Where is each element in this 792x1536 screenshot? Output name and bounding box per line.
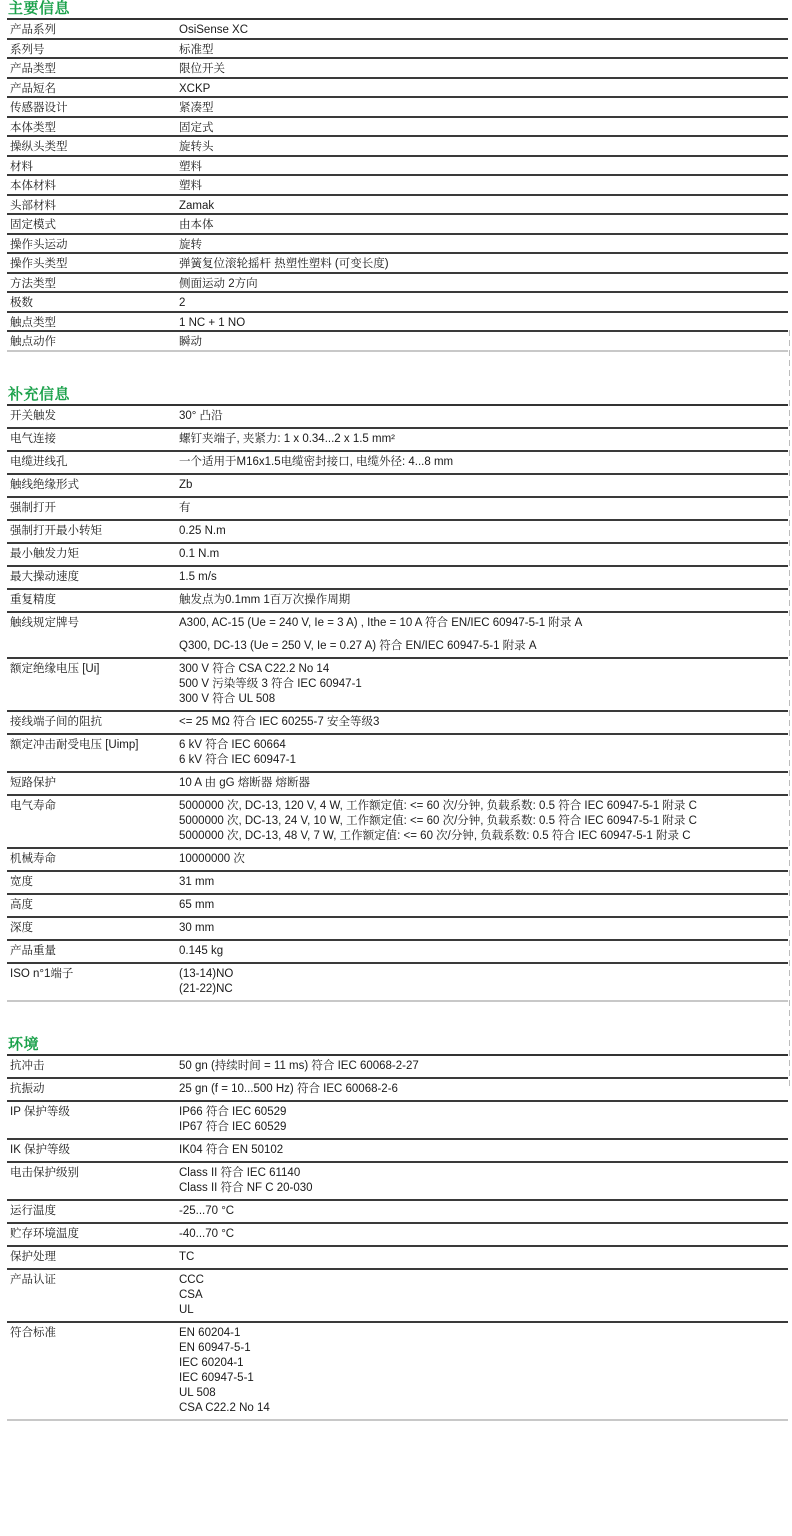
spec-value: OsiSense XC bbox=[179, 20, 788, 38]
spec-row: 短路保护10 A 由 gG 熔断器 熔断器 bbox=[7, 773, 788, 796]
spec-value: 30° 凸沿 bbox=[179, 406, 788, 427]
spec-value: -25...70 °C bbox=[179, 1201, 788, 1222]
spec-value: 瞬动 bbox=[179, 332, 788, 350]
spec-value: Zb bbox=[179, 475, 788, 496]
spec-value: 螺钉夹端子, 夹紧力: 1 x 0.34...2 x 1.5 mm² bbox=[179, 429, 788, 450]
spec-row: 产品类型限位开关 bbox=[7, 59, 788, 79]
spec-value-line: 有 bbox=[179, 501, 788, 516]
spec-value: 塑料 bbox=[179, 157, 788, 175]
spec-label: 本体类型 bbox=[7, 118, 179, 136]
spec-value: 65 mm bbox=[179, 895, 788, 916]
spec-value: IP66 符合 IEC 60529IP67 符合 IEC 60529 bbox=[179, 1102, 788, 1138]
spec-value: 31 mm bbox=[179, 872, 788, 893]
spec-value: 限位开关 bbox=[179, 59, 788, 77]
spec-value-line: EN 60947-5-1 bbox=[179, 1341, 788, 1356]
spec-value-line: 一个适用于M16x1.5电缆密封接口, 电缆外径: 4...8 mm bbox=[179, 455, 788, 470]
spec-value-line: 侧面运动 2方向 bbox=[179, 277, 788, 292]
spec-value-line: 5000000 次, DC-13, 24 V, 10 W, 工作额定值: <= … bbox=[179, 814, 788, 829]
spec-value: 旋转 bbox=[179, 235, 788, 253]
spec-value-line: 固定式 bbox=[179, 121, 788, 136]
spec-row: 操作头运动旋转 bbox=[7, 235, 788, 255]
spec-row: 操作头类型弹簧复位滚轮摇杆 热塑性塑料 (可变长度) bbox=[7, 254, 788, 274]
spec-value: 标准型 bbox=[179, 40, 788, 58]
spec-row: 产品重量0.145 kg bbox=[7, 941, 788, 964]
spec-value-line: 30° 凸沿 bbox=[179, 409, 788, 424]
spec-value-line: CSA bbox=[179, 1288, 788, 1303]
spec-value: -40...70 °C bbox=[179, 1224, 788, 1245]
spec-value-line: 标准型 bbox=[179, 43, 788, 58]
spec-sheet: 主要信息 产品系列OsiSense XC系列号标准型产品类型限位开关产品短名XC… bbox=[0, 0, 788, 1421]
spec-value-line: 旋转头 bbox=[179, 140, 788, 155]
spec-value: A300, AC-15 (Ue = 240 V, Ie = 3 A) , Ith… bbox=[179, 613, 788, 657]
spec-value: 2 bbox=[179, 293, 788, 311]
spec-value: 0.1 N.m bbox=[179, 544, 788, 565]
spec-value-line: 由本体 bbox=[179, 218, 788, 233]
spec-value-line: Q300, DC-13 (Ue = 250 V, Ie = 0.27 A) 符合… bbox=[179, 639, 788, 654]
spec-label: 产品类型 bbox=[7, 59, 179, 77]
spec-row: 最小触发力矩0.1 N.m bbox=[7, 544, 788, 567]
spec-value-line: 10 A 由 gG 熔断器 熔断器 bbox=[179, 776, 788, 791]
spec-label: 强制打开 bbox=[7, 498, 179, 519]
spec-row: 方法类型侧面运动 2方向 bbox=[7, 274, 788, 294]
spec-value-line: CSA C22.2 No 14 bbox=[179, 1401, 788, 1416]
spec-value: 塑料 bbox=[179, 176, 788, 194]
spec-row: 机械寿命10000000 次 bbox=[7, 849, 788, 872]
spec-value: 5000000 次, DC-13, 120 V, 4 W, 工作额定值: <= … bbox=[179, 796, 788, 847]
spec-value-line: 300 V 符合 CSA C22.2 No 14 bbox=[179, 662, 788, 677]
spec-value-line: A300, AC-15 (Ue = 240 V, Ie = 3 A) , Ith… bbox=[179, 616, 788, 631]
spec-row: 最大操动速度1.5 m/s bbox=[7, 567, 788, 590]
spec-value-line: Class II 符合 NF C 20-030 bbox=[179, 1181, 788, 1196]
spec-row: ISO n°1端子(13-14)NO(21-22)NC bbox=[7, 964, 788, 1002]
spec-label: ISO n°1端子 bbox=[7, 964, 179, 1000]
spec-value-line: <= 25 MΩ 符合 IEC 60255-7 安全等级3 bbox=[179, 715, 788, 730]
spec-value-line: 31 mm bbox=[179, 875, 788, 890]
spec-value-line: IP67 符合 IEC 60529 bbox=[179, 1120, 788, 1135]
spec-label: 抗振动 bbox=[7, 1079, 179, 1100]
spec-label: 符合标准 bbox=[7, 1323, 179, 1419]
spec-value-line: (21-22)NC bbox=[179, 982, 788, 997]
spec-value-line: IP66 符合 IEC 60529 bbox=[179, 1105, 788, 1120]
spec-row: 极数2 bbox=[7, 293, 788, 313]
spec-value: 固定式 bbox=[179, 118, 788, 136]
spec-row: 抗冲击50 gn (持续时间 = 11 ms) 符合 IEC 60068-2-2… bbox=[7, 1056, 788, 1079]
spec-label: 短路保护 bbox=[7, 773, 179, 794]
spec-value-line: 塑料 bbox=[179, 179, 788, 194]
spec-label: 最大操动速度 bbox=[7, 567, 179, 588]
spec-value: 紧凑型 bbox=[179, 98, 788, 116]
spec-value-line: Class II 符合 IEC 61140 bbox=[179, 1166, 788, 1181]
spec-value-line: -40...70 °C bbox=[179, 1227, 788, 1242]
spec-value: 触发点为0.1mm 1百万次操作周期 bbox=[179, 590, 788, 611]
spec-row: 系列号标准型 bbox=[7, 40, 788, 60]
spec-value-line: UL 508 bbox=[179, 1386, 788, 1401]
spec-row: 电缆进线孔一个适用于M16x1.5电缆密封接口, 电缆外径: 4...8 mm bbox=[7, 452, 788, 475]
spec-table: 抗冲击50 gn (持续时间 = 11 ms) 符合 IEC 60068-2-2… bbox=[7, 1056, 788, 1421]
spec-row: 符合标准EN 60204-1EN 60947-5-1IEC 60204-1IEC… bbox=[7, 1323, 788, 1421]
spec-label: 产品认证 bbox=[7, 1270, 179, 1321]
spec-label: 额定绝缘电压 [Ui] bbox=[7, 659, 179, 710]
spec-value: (13-14)NO(21-22)NC bbox=[179, 964, 788, 1000]
spec-row: 重复精度触发点为0.1mm 1百万次操作周期 bbox=[7, 590, 788, 613]
spec-row: 贮存环境温度-40...70 °C bbox=[7, 1224, 788, 1247]
section-title: 补充信息 bbox=[7, 386, 788, 406]
spec-row: 本体材料塑料 bbox=[7, 176, 788, 196]
spec-row: IP 保护等级IP66 符合 IEC 60529IP67 符合 IEC 6052… bbox=[7, 1102, 788, 1140]
spec-value: TC bbox=[179, 1247, 788, 1268]
spec-label: 运行温度 bbox=[7, 1201, 179, 1222]
spec-row: 头部材料Zamak bbox=[7, 196, 788, 216]
spec-value: 一个适用于M16x1.5电缆密封接口, 电缆外径: 4...8 mm bbox=[179, 452, 788, 473]
spec-value-line: TC bbox=[179, 1250, 788, 1265]
spec-value-line: 紧凑型 bbox=[179, 101, 788, 116]
spec-label: 产品系列 bbox=[7, 20, 179, 38]
spec-label: 高度 bbox=[7, 895, 179, 916]
spec-value-line: EN 60204-1 bbox=[179, 1326, 788, 1341]
spec-value: 由本体 bbox=[179, 215, 788, 233]
spec-row: 开关触发30° 凸沿 bbox=[7, 406, 788, 429]
page-edge-divider bbox=[789, 330, 790, 1090]
spec-label: 深度 bbox=[7, 918, 179, 939]
spec-label: 操作头运动 bbox=[7, 235, 179, 253]
spec-value-line: OsiSense XC bbox=[179, 23, 788, 38]
spec-value-line: 6 kV 符合 IEC 60664 bbox=[179, 738, 788, 753]
spec-value-line: 2 bbox=[179, 296, 788, 311]
spec-value-line: 5000000 次, DC-13, 48 V, 7 W, 工作额定值: <= 6… bbox=[179, 829, 788, 844]
spec-row: 高度65 mm bbox=[7, 895, 788, 918]
spec-label: 系列号 bbox=[7, 40, 179, 58]
spec-row: 触点类型1 NC + 1 NO bbox=[7, 313, 788, 333]
spec-label: 最小触发力矩 bbox=[7, 544, 179, 565]
section-main-info: 主要信息 产品系列OsiSense XC系列号标准型产品类型限位开关产品短名XC… bbox=[7, 0, 788, 352]
section-additional-info: 补充信息 开关触发30° 凸沿电气连接螺钉夹端子, 夹紧力: 1 x 0.34.… bbox=[7, 386, 788, 1002]
spec-value-line: XCKP bbox=[179, 82, 788, 97]
spec-label: 操纵头类型 bbox=[7, 137, 179, 155]
spec-value-line: 300 V 符合 UL 508 bbox=[179, 692, 788, 707]
spec-table: 产品系列OsiSense XC系列号标准型产品类型限位开关产品短名XCKP传感器… bbox=[7, 20, 788, 352]
spec-value-line: IEC 60947-5-1 bbox=[179, 1371, 788, 1386]
spec-value-line: Zamak bbox=[179, 199, 788, 214]
spec-value: 弹簧复位滚轮摇杆 热塑性塑料 (可变长度) bbox=[179, 254, 788, 272]
spec-label: 触点动作 bbox=[7, 332, 179, 350]
spec-label: 强制打开最小转矩 bbox=[7, 521, 179, 542]
spec-row: 产品短名XCKP bbox=[7, 79, 788, 99]
spec-value: XCKP bbox=[179, 79, 788, 97]
spec-value-line: 0.25 N.m bbox=[179, 524, 788, 539]
spec-value-line: 弹簧复位滚轮摇杆 热塑性塑料 (可变长度) bbox=[179, 257, 788, 272]
section-environment: 环境 抗冲击50 gn (持续时间 = 11 ms) 符合 IEC 60068-… bbox=[7, 1036, 788, 1421]
spec-label: 机械寿命 bbox=[7, 849, 179, 870]
spec-label: 电气连接 bbox=[7, 429, 179, 450]
spec-row: 额定冲击耐受电压 [Uimp]6 kV 符合 IEC 606646 kV 符合 … bbox=[7, 735, 788, 773]
spec-label: 操作头类型 bbox=[7, 254, 179, 272]
spec-row: 电气寿命5000000 次, DC-13, 120 V, 4 W, 工作额定值:… bbox=[7, 796, 788, 849]
spec-row: 产品认证CCCCSAUL bbox=[7, 1270, 788, 1323]
spec-row: 触线规定牌号A300, AC-15 (Ue = 240 V, Ie = 3 A)… bbox=[7, 613, 788, 659]
section-title: 主要信息 bbox=[7, 0, 788, 20]
spec-value-line: 500 V 污染等级 3 符合 IEC 60947-1 bbox=[179, 677, 788, 692]
spec-row: 强制打开最小转矩0.25 N.m bbox=[7, 521, 788, 544]
spec-value: Class II 符合 IEC 61140Class II 符合 NF C 20… bbox=[179, 1163, 788, 1199]
spec-value-line: 6 kV 符合 IEC 60947-1 bbox=[179, 753, 788, 768]
spec-value-line: 5000000 次, DC-13, 120 V, 4 W, 工作额定值: <= … bbox=[179, 799, 788, 814]
spec-label: 贮存环境温度 bbox=[7, 1224, 179, 1245]
spec-row: 抗振动25 gn (f = 10...500 Hz) 符合 IEC 60068-… bbox=[7, 1079, 788, 1102]
spec-row: 材料塑料 bbox=[7, 157, 788, 177]
spec-row: 触点动作瞬动 bbox=[7, 332, 788, 352]
spec-label: 本体材料 bbox=[7, 176, 179, 194]
spec-value: 25 gn (f = 10...500 Hz) 符合 IEC 60068-2-6 bbox=[179, 1079, 788, 1100]
spec-row: IK 保护等级IK04 符合 EN 50102 bbox=[7, 1140, 788, 1163]
spec-value-line: CCC bbox=[179, 1273, 788, 1288]
spec-value-line: 塑料 bbox=[179, 160, 788, 175]
section-title: 环境 bbox=[7, 1036, 788, 1056]
spec-row: 额定绝缘电压 [Ui]300 V 符合 CSA C22.2 No 14500 V… bbox=[7, 659, 788, 712]
spec-value-line: 10000000 次 bbox=[179, 852, 788, 867]
spec-row: 产品系列OsiSense XC bbox=[7, 20, 788, 40]
spec-value: 50 gn (持续时间 = 11 ms) 符合 IEC 60068-2-27 bbox=[179, 1056, 788, 1077]
spec-value-line: 螺钉夹端子, 夹紧力: 1 x 0.34...2 x 1.5 mm² bbox=[179, 432, 788, 447]
spec-value-line: 30 mm bbox=[179, 921, 788, 936]
spec-label: 传感器设计 bbox=[7, 98, 179, 116]
spec-row: 本体类型固定式 bbox=[7, 118, 788, 138]
spec-value-line: Zb bbox=[179, 478, 788, 493]
spec-label: 极数 bbox=[7, 293, 179, 311]
spec-value: 0.145 kg bbox=[179, 941, 788, 962]
spec-value: 0.25 N.m bbox=[179, 521, 788, 542]
spec-row: 强制打开有 bbox=[7, 498, 788, 521]
spec-label: 抗冲击 bbox=[7, 1056, 179, 1077]
spec-row: 固定模式由本体 bbox=[7, 215, 788, 235]
spec-value: Zamak bbox=[179, 196, 788, 214]
spec-label: 产品短名 bbox=[7, 79, 179, 97]
spec-row: 运行温度-25...70 °C bbox=[7, 1201, 788, 1224]
spec-label: 材料 bbox=[7, 157, 179, 175]
spec-label: 电缆进线孔 bbox=[7, 452, 179, 473]
spec-row: 电气连接螺钉夹端子, 夹紧力: 1 x 0.34...2 x 1.5 mm² bbox=[7, 429, 788, 452]
spec-label: IK 保护等级 bbox=[7, 1140, 179, 1161]
spec-value-line: 25 gn (f = 10...500 Hz) 符合 IEC 60068-2-6 bbox=[179, 1082, 788, 1097]
spec-label: 触线绝缘形式 bbox=[7, 475, 179, 496]
spec-row: 操纵头类型旋转头 bbox=[7, 137, 788, 157]
spec-label: 电击保护级别 bbox=[7, 1163, 179, 1199]
spec-row: 保护处理TC bbox=[7, 1247, 788, 1270]
spec-row: 传感器设计紧凑型 bbox=[7, 98, 788, 118]
spec-label: 产品重量 bbox=[7, 941, 179, 962]
spec-value-line: IK04 符合 EN 50102 bbox=[179, 1143, 788, 1158]
spec-value: 30 mm bbox=[179, 918, 788, 939]
spec-value-line: 0.1 N.m bbox=[179, 547, 788, 562]
spec-value: 6 kV 符合 IEC 606646 kV 符合 IEC 60947-1 bbox=[179, 735, 788, 771]
spec-value: 10000000 次 bbox=[179, 849, 788, 870]
spec-value-line: 旋转 bbox=[179, 238, 788, 253]
spec-value-line: 65 mm bbox=[179, 898, 788, 913]
spec-value-line: 触发点为0.1mm 1百万次操作周期 bbox=[179, 593, 788, 608]
spec-value: 旋转头 bbox=[179, 137, 788, 155]
spec-value-line: 50 gn (持续时间 = 11 ms) 符合 IEC 60068-2-27 bbox=[179, 1059, 788, 1074]
spec-value-line: IEC 60204-1 bbox=[179, 1356, 788, 1371]
spec-label: 保护处理 bbox=[7, 1247, 179, 1268]
spec-label: 接线端子间的阻抗 bbox=[7, 712, 179, 733]
spec-value-line: UL bbox=[179, 1303, 788, 1318]
spec-row: 接线端子间的阻抗<= 25 MΩ 符合 IEC 60255-7 安全等级3 bbox=[7, 712, 788, 735]
spec-value-line: 瞬动 bbox=[179, 335, 788, 350]
spec-row: 宽度31 mm bbox=[7, 872, 788, 895]
spec-label: 固定模式 bbox=[7, 215, 179, 233]
spec-value-line: (13-14)NO bbox=[179, 967, 788, 982]
spec-value: EN 60204-1EN 60947-5-1IEC 60204-1IEC 609… bbox=[179, 1323, 788, 1419]
spec-label: 触线规定牌号 bbox=[7, 613, 179, 657]
spec-label: 方法类型 bbox=[7, 274, 179, 292]
spec-value: 1.5 m/s bbox=[179, 567, 788, 588]
spec-value-line: 限位开关 bbox=[179, 62, 788, 77]
spec-value: CCCCSAUL bbox=[179, 1270, 788, 1321]
spec-label: 开关触发 bbox=[7, 406, 179, 427]
spec-table: 开关触发30° 凸沿电气连接螺钉夹端子, 夹紧力: 1 x 0.34...2 x… bbox=[7, 406, 788, 1002]
spec-value: <= 25 MΩ 符合 IEC 60255-7 安全等级3 bbox=[179, 712, 788, 733]
spec-value: 300 V 符合 CSA C22.2 No 14500 V 污染等级 3 符合 … bbox=[179, 659, 788, 710]
spec-label: 额定冲击耐受电压 [Uimp] bbox=[7, 735, 179, 771]
spec-value: 1 NC + 1 NO bbox=[179, 313, 788, 331]
spec-value: IK04 符合 EN 50102 bbox=[179, 1140, 788, 1161]
spec-label: 电气寿命 bbox=[7, 796, 179, 847]
spec-value-line: 1 NC + 1 NO bbox=[179, 316, 788, 331]
spec-value: 有 bbox=[179, 498, 788, 519]
spec-value: 10 A 由 gG 熔断器 熔断器 bbox=[179, 773, 788, 794]
spec-value-line: 0.145 kg bbox=[179, 944, 788, 959]
spec-label: 宽度 bbox=[7, 872, 179, 893]
spec-value-line: -25...70 °C bbox=[179, 1204, 788, 1219]
spec-label: 重复精度 bbox=[7, 590, 179, 611]
spec-label: IP 保护等级 bbox=[7, 1102, 179, 1138]
spec-row: 深度30 mm bbox=[7, 918, 788, 941]
spec-label: 触点类型 bbox=[7, 313, 179, 331]
spec-row: 电击保护级别Class II 符合 IEC 61140Class II 符合 N… bbox=[7, 1163, 788, 1201]
spec-value: 侧面运动 2方向 bbox=[179, 274, 788, 292]
spec-row: 触线绝缘形式Zb bbox=[7, 475, 788, 498]
spec-label: 头部材料 bbox=[7, 196, 179, 214]
spec-value-line: 1.5 m/s bbox=[179, 570, 788, 585]
